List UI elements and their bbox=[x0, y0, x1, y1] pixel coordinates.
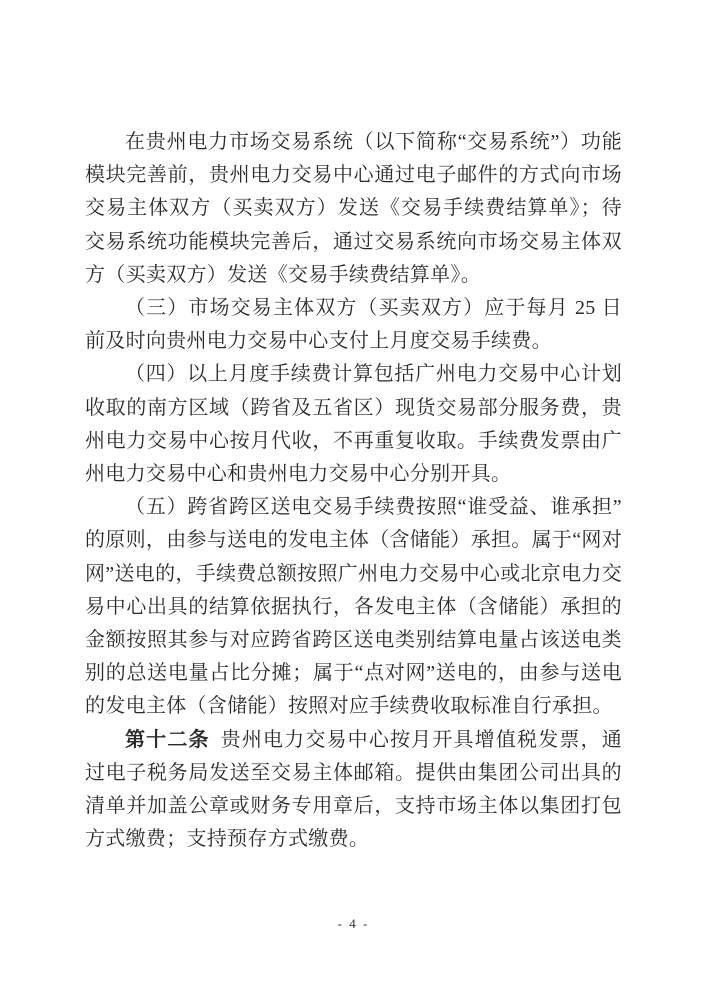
document-body: 在贵州电力市场交易系统（以下简称“交易系统”）功能模块完善前，贵州电力交易中心通… bbox=[85, 126, 622, 856]
page-number: - 4 - bbox=[0, 916, 707, 932]
document-page: 在贵州电力市场交易系统（以下简称“交易系统”）功能模块完善前，贵州电力交易中心通… bbox=[0, 0, 707, 1000]
paragraph-item-4: （四）以上月度手续费计算包括广州电力交易中心计划收取的南方区域（跨省及五省区）现… bbox=[85, 358, 622, 491]
paragraph-intro: 在贵州电力市场交易系统（以下简称“交易系统”）功能模块完善前，贵州电力交易中心通… bbox=[85, 126, 622, 292]
paragraph-item-5: （五）跨省跨区送电交易手续费按照“谁受益、谁承担”的原则，由参与送电的发电主体（… bbox=[85, 491, 622, 723]
paragraph-item-3: （三）市场交易主体双方（买卖双方）应于每月 25 日前及时向贵州电力交易中心支付… bbox=[85, 292, 622, 358]
paragraph-article-12: 第十二条贵州电力交易中心按月开具增值税发票，通过电子税务局发送至交易主体邮箱。提… bbox=[85, 724, 622, 857]
article-12-heading: 第十二条 bbox=[125, 729, 210, 751]
